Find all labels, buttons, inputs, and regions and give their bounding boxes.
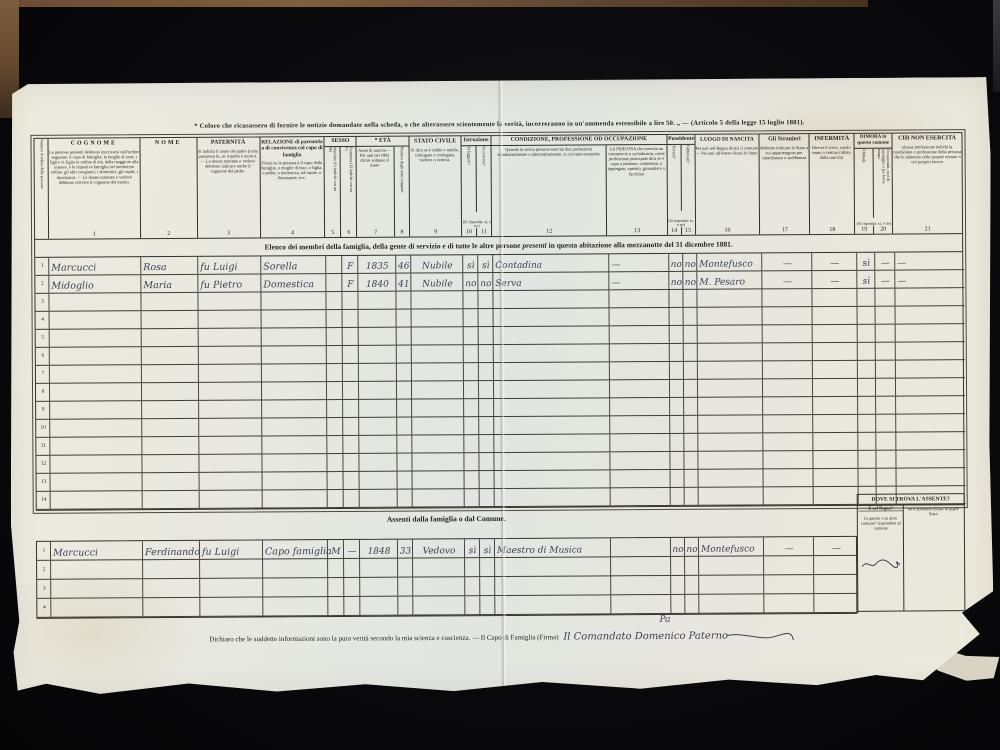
cell: 1840 bbox=[357, 274, 395, 292]
cell bbox=[141, 437, 198, 455]
col-dimora: DIMORA in questo comune Abituale Occasio… bbox=[854, 134, 893, 234]
cell bbox=[358, 436, 396, 454]
cell bbox=[359, 490, 397, 508]
cell: M. Pesaro bbox=[696, 271, 761, 289]
cell bbox=[463, 417, 478, 435]
cell bbox=[762, 361, 812, 379]
cell bbox=[493, 380, 609, 399]
cell bbox=[411, 381, 463, 399]
cell bbox=[812, 361, 857, 379]
cell bbox=[357, 292, 395, 310]
row-number: 3 bbox=[35, 294, 48, 312]
signature-flourish bbox=[726, 629, 796, 643]
cell bbox=[411, 363, 463, 381]
cell bbox=[875, 451, 895, 469]
paternita-title: PATERNITÀ bbox=[197, 137, 259, 148]
absent-cell: — bbox=[343, 540, 359, 559]
sesso-f-num: 6 bbox=[341, 229, 356, 237]
row-number: 2 bbox=[37, 561, 50, 580]
cell bbox=[198, 328, 261, 346]
occasionale-label: Occasionale, cioè di passaggio o per bre… bbox=[876, 148, 890, 188]
col-stranieri: Gli Stranieri debbono indicare lo Stato … bbox=[759, 134, 810, 234]
cell bbox=[857, 397, 875, 415]
absent-cell bbox=[262, 559, 327, 578]
declaration-text: Dichiaro che le suddette informazioni so… bbox=[209, 633, 558, 643]
table-row: 4 bbox=[37, 594, 858, 618]
cell bbox=[858, 469, 876, 487]
cell bbox=[762, 451, 812, 469]
eta-anni-num: 8 bbox=[395, 229, 409, 237]
cell bbox=[412, 489, 464, 507]
absent-cell bbox=[50, 598, 142, 618]
absent-cell bbox=[813, 594, 858, 613]
cell bbox=[698, 487, 763, 505]
cell: Contadina bbox=[492, 254, 608, 273]
absent-cell bbox=[142, 598, 199, 617]
dove-regno-head: È nel Regno? bbox=[858, 506, 903, 512]
absent-cell bbox=[464, 558, 479, 577]
cell bbox=[684, 488, 698, 506]
cell bbox=[875, 343, 895, 361]
cell: — bbox=[894, 270, 964, 288]
cell bbox=[142, 473, 199, 491]
cell bbox=[342, 328, 358, 346]
istruzione-num-l: 10 bbox=[462, 228, 476, 236]
row-number: 10 bbox=[36, 420, 49, 438]
col-possidente: Possidente Terreni? Fabbricati? (Si risp… bbox=[666, 135, 695, 235]
cell: sì bbox=[462, 255, 477, 273]
cell bbox=[857, 307, 875, 325]
cell bbox=[463, 345, 478, 363]
dimora-num-a: 19 bbox=[855, 226, 873, 234]
condizione-13: LA PERSONA che esercita un commercio o u… bbox=[606, 145, 667, 236]
cell bbox=[669, 362, 683, 380]
row-number: 13 bbox=[37, 474, 50, 492]
cell bbox=[49, 329, 141, 348]
chi-title: CHI NON ESERCITA bbox=[893, 133, 962, 144]
chi-num: 21 bbox=[893, 225, 962, 233]
cell bbox=[326, 328, 342, 346]
cell bbox=[50, 491, 142, 510]
cell bbox=[761, 289, 811, 307]
cell: — bbox=[761, 253, 811, 271]
cell bbox=[50, 473, 142, 492]
nome-num: 2 bbox=[141, 230, 197, 238]
cell bbox=[358, 310, 396, 328]
absent-cell: sì bbox=[464, 539, 479, 558]
cell bbox=[478, 453, 493, 471]
cell bbox=[261, 328, 326, 346]
cell bbox=[609, 452, 669, 470]
cell bbox=[895, 324, 965, 342]
col-luogo-nascita: LUOGO DI NASCITA Pei nati nel Regno dica… bbox=[694, 134, 759, 234]
cell bbox=[762, 307, 812, 325]
absent-cell bbox=[327, 559, 343, 578]
cell bbox=[493, 344, 609, 363]
cell bbox=[326, 418, 342, 436]
cell bbox=[895, 378, 965, 396]
cell bbox=[463, 363, 478, 381]
assenti-title: Assenti dalla famiglia o dal Comune. bbox=[36, 512, 857, 526]
cell bbox=[857, 361, 875, 379]
cell bbox=[261, 454, 326, 472]
sesso-title: SESSO bbox=[325, 137, 356, 147]
cell bbox=[857, 433, 875, 451]
cell: — bbox=[874, 271, 894, 289]
cell bbox=[463, 309, 478, 327]
cell bbox=[358, 454, 396, 472]
main-table-body: 1MarcucciRosafu LuigiSorellaF183546Nubil… bbox=[35, 252, 964, 510]
cell bbox=[198, 364, 261, 382]
cell bbox=[261, 382, 326, 400]
cell bbox=[261, 418, 326, 436]
absent-cell: 1848 bbox=[359, 540, 397, 559]
cell bbox=[343, 472, 359, 490]
cell bbox=[876, 487, 896, 505]
absent-cell bbox=[327, 578, 343, 597]
cell bbox=[462, 291, 477, 309]
cell bbox=[411, 417, 463, 435]
cognome-desc: Le persone presenti debbono inscriversi … bbox=[49, 148, 140, 185]
cell bbox=[494, 488, 610, 507]
absent-cell: Marcucci bbox=[50, 541, 142, 561]
absent-cell bbox=[50, 579, 142, 599]
condizione-13-desc: LA PERSONA che esercita un commercio o u… bbox=[607, 145, 666, 177]
cell bbox=[141, 329, 198, 347]
table-header: Numero d'ordine delle persone COGNOME Le… bbox=[34, 133, 962, 240]
cell: 46 bbox=[395, 256, 410, 274]
cell bbox=[342, 310, 358, 328]
istruzione-note: (Si risponda: sì, o no) bbox=[462, 220, 491, 228]
cell bbox=[492, 290, 608, 309]
absent-cell bbox=[397, 597, 412, 616]
dove-regno-col: È nel Regno? In questo o in altro comune… bbox=[858, 506, 905, 611]
cell bbox=[812, 307, 857, 325]
paternita-desc: Si indichi il nome del padre (colla prem… bbox=[197, 148, 259, 175]
absent-cell bbox=[479, 596, 494, 615]
possidente-num-t: 14 bbox=[668, 227, 681, 235]
cell bbox=[325, 292, 341, 310]
cell bbox=[683, 434, 697, 452]
cell bbox=[762, 397, 812, 415]
cell bbox=[140, 293, 197, 311]
cell bbox=[359, 472, 397, 490]
cell bbox=[358, 346, 396, 364]
stato-num: 9 bbox=[410, 228, 461, 236]
cell bbox=[697, 433, 762, 451]
absent-cell bbox=[610, 538, 670, 557]
cell bbox=[670, 488, 684, 506]
cell bbox=[260, 292, 325, 310]
sa-scrivere-label: Sa scrivere? bbox=[481, 146, 486, 185]
possidente-note: (Si risponda: sì, o no) bbox=[668, 219, 695, 227]
cell bbox=[358, 382, 396, 400]
cell bbox=[683, 380, 697, 398]
cell bbox=[857, 343, 875, 361]
absent-cell bbox=[142, 560, 199, 579]
cell: no bbox=[668, 272, 682, 290]
cell: fu Pietro bbox=[197, 274, 260, 292]
cell bbox=[396, 346, 411, 364]
dimora-occasionale: Occasionale, cioè di passaggio o per bre… bbox=[873, 148, 892, 218]
absent-cell bbox=[343, 559, 359, 578]
cell: Midoglio bbox=[48, 275, 140, 294]
absent-cell: fu Luigi bbox=[199, 540, 262, 559]
cell bbox=[812, 397, 857, 415]
cell bbox=[49, 437, 141, 456]
row-number: 6 bbox=[36, 348, 49, 366]
cell bbox=[478, 309, 493, 327]
sa-leggere-label: Sa leggere? bbox=[466, 146, 471, 185]
cell bbox=[683, 344, 697, 362]
luogo-num: 16 bbox=[696, 226, 760, 234]
absent-cell bbox=[698, 575, 763, 594]
row-number: 14 bbox=[37, 492, 50, 510]
cell bbox=[142, 491, 199, 509]
cell bbox=[198, 418, 261, 436]
cell bbox=[610, 488, 670, 506]
absent-cell bbox=[494, 557, 610, 577]
cell bbox=[411, 327, 463, 345]
cell: — bbox=[811, 253, 856, 271]
cell bbox=[812, 433, 857, 451]
cell bbox=[198, 346, 261, 364]
cell bbox=[141, 455, 198, 473]
relazione-desc: Dicasi se la persona è il capo della fam… bbox=[260, 160, 324, 182]
cell bbox=[696, 289, 761, 307]
cell: F bbox=[341, 256, 357, 274]
infermita-title: INFERMITÀ bbox=[810, 134, 854, 144]
cell bbox=[463, 399, 478, 417]
cell bbox=[669, 344, 683, 362]
cell bbox=[669, 416, 683, 434]
cell bbox=[609, 416, 669, 434]
cell bbox=[396, 382, 411, 400]
cell bbox=[49, 365, 141, 384]
eta-anno-desc: Anno di nascita — Pei nati nel 1881 dica… bbox=[357, 146, 394, 167]
cell bbox=[874, 289, 894, 307]
absent-cell bbox=[412, 596, 464, 615]
cell bbox=[411, 345, 463, 363]
cell bbox=[49, 419, 141, 438]
absent-cell bbox=[199, 578, 262, 597]
paternita-num: 3 bbox=[198, 229, 260, 237]
absent-cell: Capo famiglia bbox=[262, 540, 327, 559]
cell bbox=[479, 489, 494, 507]
absent-cell bbox=[479, 577, 494, 596]
absent-cell bbox=[397, 559, 412, 578]
cell bbox=[857, 325, 875, 343]
col-paternita: PATERNITÀ Si indichi il nome del padre (… bbox=[196, 137, 259, 237]
cell bbox=[763, 469, 813, 487]
nome-desc bbox=[140, 148, 196, 149]
cell bbox=[478, 363, 493, 381]
numero-ordine-label: Numero d'ordine delle persone bbox=[39, 139, 44, 197]
absent-cell bbox=[670, 557, 684, 576]
dove-estero-col: Se è all'estero dicasi in quale Stato bbox=[904, 505, 965, 610]
col-relazione: RELAZIONE di parentela o di convivenza c… bbox=[259, 137, 324, 237]
cell bbox=[875, 433, 895, 451]
census-table: Numero d'ordine delle persone COGNOME Le… bbox=[33, 132, 964, 511]
condizione-13-num: 13 bbox=[607, 227, 666, 235]
row-number: 4 bbox=[37, 599, 50, 618]
absent-cell bbox=[343, 578, 359, 597]
cell bbox=[199, 472, 262, 490]
cell bbox=[683, 398, 697, 416]
cell bbox=[325, 256, 341, 274]
cell: no bbox=[668, 254, 682, 272]
cell bbox=[895, 414, 965, 432]
cell: Nubile bbox=[410, 273, 462, 291]
cell bbox=[396, 310, 411, 328]
cell bbox=[261, 364, 326, 382]
cell: sì bbox=[856, 253, 874, 271]
absent-cell bbox=[359, 578, 397, 597]
cell bbox=[812, 343, 857, 361]
cell bbox=[609, 326, 669, 344]
dove-regno-desc: In questo o in altro comune? rispondere … bbox=[858, 515, 903, 531]
cell bbox=[198, 400, 261, 418]
absent-cell bbox=[698, 594, 763, 613]
istruzione-title: Istruzione bbox=[462, 136, 491, 146]
absent-cell bbox=[262, 578, 327, 597]
cell bbox=[261, 310, 326, 328]
absent-cell bbox=[610, 595, 670, 614]
cell bbox=[896, 486, 966, 504]
col-numero-ordine: Numero d'ordine delle persone bbox=[34, 139, 48, 239]
cell bbox=[410, 291, 462, 309]
cell: — bbox=[608, 272, 668, 290]
cell bbox=[762, 415, 812, 433]
eta-anno: Anno di nascita — Pei nati nel 1881 dica… bbox=[357, 146, 394, 237]
cell bbox=[198, 382, 261, 400]
cell bbox=[478, 399, 493, 417]
cell bbox=[396, 400, 411, 418]
cell bbox=[895, 396, 965, 414]
sesso-femmina: Femmina (Si indichi con un F) 6 bbox=[340, 147, 357, 237]
cell bbox=[412, 471, 464, 489]
cell bbox=[875, 361, 895, 379]
cell bbox=[141, 365, 198, 383]
cell bbox=[342, 454, 358, 472]
cell bbox=[396, 328, 411, 346]
cell bbox=[326, 400, 342, 418]
col-sesso: SESSO Maschio (Si indichi con un M) 5 Fe… bbox=[324, 137, 357, 237]
cell bbox=[326, 310, 342, 328]
cell bbox=[856, 289, 874, 307]
cell bbox=[811, 289, 856, 307]
cell bbox=[762, 343, 812, 361]
cell: F bbox=[341, 274, 357, 292]
cell bbox=[763, 487, 813, 505]
row-number: 1 bbox=[37, 542, 50, 561]
absent-cell bbox=[327, 597, 343, 616]
cell bbox=[669, 452, 683, 470]
cell bbox=[813, 469, 858, 487]
absent-cell bbox=[199, 559, 262, 578]
cell bbox=[261, 400, 326, 418]
cell bbox=[198, 436, 261, 454]
absent-cell bbox=[813, 575, 858, 594]
absent-cell bbox=[359, 597, 397, 616]
absent-cell: no bbox=[670, 538, 684, 557]
cell bbox=[813, 487, 858, 505]
relazione-num: 4 bbox=[261, 229, 325, 237]
cell bbox=[609, 434, 669, 452]
row-number: 1 bbox=[35, 258, 48, 276]
cell bbox=[762, 379, 812, 397]
cell bbox=[683, 362, 697, 380]
absent-cell bbox=[343, 597, 359, 616]
cell bbox=[697, 343, 762, 361]
cell bbox=[478, 327, 493, 345]
cell bbox=[478, 345, 493, 363]
condizione-12-num: 12 bbox=[492, 227, 606, 236]
absent-cell bbox=[412, 558, 464, 577]
absent-cell bbox=[412, 577, 464, 596]
cell bbox=[326, 454, 342, 472]
cell bbox=[342, 346, 358, 364]
cell bbox=[411, 309, 463, 327]
cell bbox=[463, 327, 478, 345]
cell bbox=[261, 346, 326, 364]
cognome-title: COGNOME bbox=[48, 138, 139, 149]
cell bbox=[197, 292, 260, 310]
cell bbox=[697, 379, 762, 397]
cell: no bbox=[682, 272, 696, 290]
cell bbox=[670, 470, 684, 488]
stranieri-title: Gli Stranieri bbox=[760, 134, 809, 144]
cell bbox=[396, 436, 411, 454]
absent-cell bbox=[698, 556, 763, 575]
cell bbox=[698, 469, 763, 487]
col-istruzione: Istruzione Sa leggere? Sa scrivere? (Si … bbox=[461, 136, 492, 236]
cell bbox=[478, 381, 493, 399]
penalty-note: * Coloro che ricusassero di fornire le n… bbox=[8, 118, 990, 131]
absent-cell bbox=[684, 576, 698, 595]
cell bbox=[762, 433, 812, 451]
cell bbox=[358, 418, 396, 436]
cell: no bbox=[682, 254, 696, 272]
eta-anno-num: 7 bbox=[357, 229, 394, 237]
cell bbox=[857, 451, 875, 469]
possidente-fabbricati: Fabbricati? bbox=[680, 144, 694, 210]
cell bbox=[669, 326, 683, 344]
eta-title: * ETÀ bbox=[357, 137, 409, 147]
cell bbox=[669, 308, 683, 326]
absent-cell bbox=[684, 557, 698, 576]
col-condizione: CONDIZIONE, PROFESSIONE OD OCCUPAZIONE Q… bbox=[490, 135, 666, 236]
cell bbox=[895, 450, 965, 468]
cell: no bbox=[477, 273, 492, 291]
cell: 41 bbox=[395, 274, 410, 292]
cell: — bbox=[811, 271, 856, 289]
cell: — bbox=[608, 254, 668, 272]
cell bbox=[875, 397, 895, 415]
sesso-maschio: Maschio (Si indichi con un M) 5 bbox=[325, 147, 341, 237]
absent-cell: 33 bbox=[397, 540, 412, 559]
cell bbox=[683, 452, 697, 470]
cell bbox=[669, 398, 683, 416]
row-number: 3 bbox=[37, 580, 50, 599]
cell bbox=[261, 436, 326, 454]
cell bbox=[478, 435, 493, 453]
terreni-label: Terreni? bbox=[671, 145, 676, 184]
cell bbox=[477, 291, 492, 309]
absent-cell: M bbox=[327, 540, 343, 559]
cell: fu Luigi bbox=[197, 256, 260, 274]
condizione-12-desc: Quando la stessa persona esercita due pr… bbox=[492, 145, 606, 157]
